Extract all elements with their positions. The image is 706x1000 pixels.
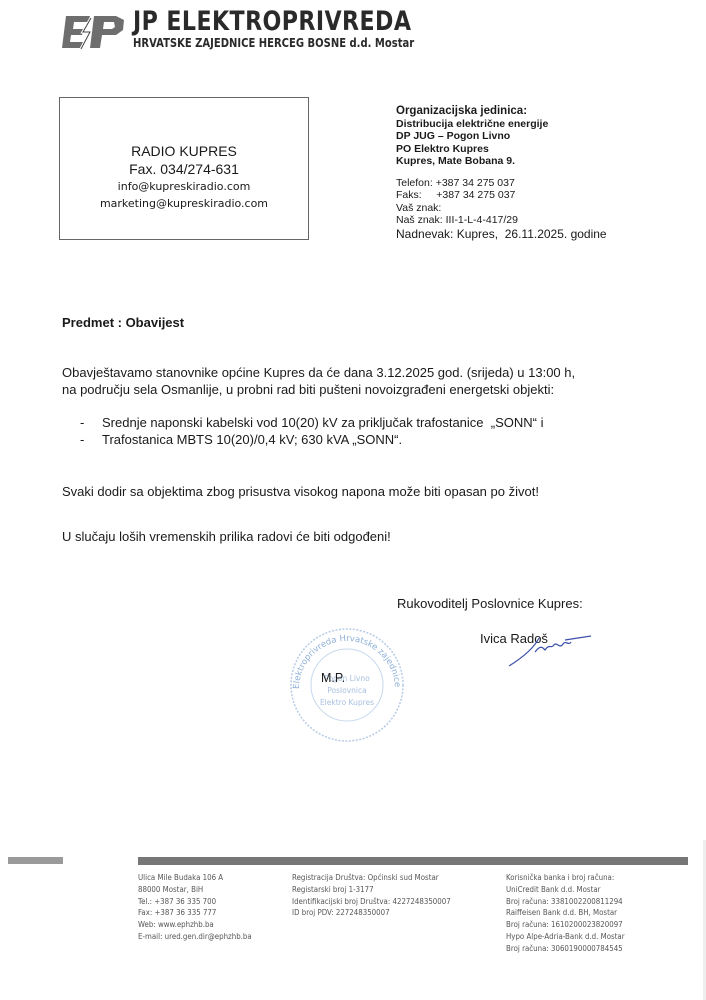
footer-registration: Registracija Društva: Općinski sud Mosta…: [292, 872, 451, 919]
footer-line: Identifikacijski broj Društva: 422724835…: [292, 896, 451, 908]
recipient-fax: Fax. 034/274-631: [60, 160, 308, 178]
org-label: Organizacijska jedinica:: [396, 105, 607, 118]
facility-list: - Srednje naponski kabelski vod 10(20) k…: [80, 414, 543, 448]
sender-info: Organizacijska jedinica: Distribucija el…: [396, 105, 607, 241]
footer-line: Tel.: +387 36 335 700: [138, 896, 252, 908]
list-item-text: Trafostanica MBTS 10(20)/0,4 kV; 630 kVA…: [102, 431, 402, 448]
our-reference: Naš znak: III-1-L-4-417/29: [396, 214, 607, 227]
stamp-line: Poslovnica: [327, 686, 366, 695]
your-reference: Vaš znak:: [396, 202, 607, 215]
official-stamp-icon: Elektroprivreda Hrvatske zajednice Herce…: [283, 625, 411, 743]
footer-line: Korisnička banka i broj računa:: [506, 872, 625, 884]
weather-note: U slučaju loših vremenskih prilika radov…: [62, 528, 391, 545]
footer-line: Raiffeisen Bank d.d. BH, Mostar: [506, 907, 625, 919]
footer-line: Ulica Mile Budaka 106 A: [138, 872, 252, 884]
footer-line: 88000 Mostar, BiH: [138, 884, 252, 896]
org-line: Kupres, Mate Bobana 9.: [396, 155, 607, 168]
recipient-email[interactable]: info@kupreskiradio.com: [60, 178, 308, 195]
footer-bar-left: [8, 857, 63, 864]
intro-line-1: Obavještavamo stanovnike općine Kupres d…: [62, 364, 575, 381]
footer-website[interactable]: Web: www.ephzhb.ba: [138, 919, 252, 931]
document-date: Nadnevak: Kupres, 26.11.2025. godine: [396, 227, 607, 241]
org-line: DP JUG – Pogon Livno: [396, 130, 607, 143]
bullet-dash: -: [80, 431, 102, 448]
footer-line: Fax: +387 36 335 777: [138, 907, 252, 919]
company-subtitle: HRVATSKE ZAJEDNICE HERCEG BOSNE d.d. Mos…: [133, 35, 414, 50]
footer-address: Ulica Mile Budaka 106 A 88000 Mostar, Bi…: [138, 872, 252, 943]
footer-bar: [138, 857, 688, 865]
org-line: PO Elektro Kupres: [396, 143, 607, 156]
sender-phone: Telefon: +387 34 275 037: [396, 177, 607, 190]
recipient-email[interactable]: marketing@kupreskiradio.com: [60, 195, 308, 212]
footer-line: Registarski broj 1-3177: [292, 884, 451, 896]
footer-email[interactable]: E-mail: ured.gen.dir@ephzhb.ba: [138, 931, 252, 943]
footer-line: ID broj PDV: 227248350007: [292, 907, 451, 919]
footer-line: Broj računa: 1610200023820097: [506, 919, 625, 931]
handwritten-signature-icon: [505, 630, 595, 670]
footer-line: Broj računa: 3060190000784545: [506, 943, 625, 955]
recipient-name: RADIO KUPRES: [60, 142, 308, 160]
footer-line: Hypo Alpe-Adria-Bank d.d. Mostar: [506, 931, 625, 943]
recipient-address-box: RADIO KUPRES Fax. 034/274-631 info@kupre…: [59, 97, 309, 240]
stamp-placeholder-label: M.P.: [321, 671, 345, 685]
subject-line: Predmet : Obavijest: [62, 315, 184, 330]
company-logo-icon: [60, 14, 126, 50]
warning-text: Svaki dodir sa objektima zbog prisustva …: [62, 483, 539, 500]
footer-line: UniCredit Bank d.d. Mostar: [506, 884, 625, 896]
footer-line: Registracija Društva: Općinski sud Mosta…: [292, 872, 451, 884]
sender-fax: Faks: +387 34 275 037: [396, 189, 607, 202]
list-item-text: Srednje naponski kabelski vod 10(20) kV …: [102, 414, 543, 431]
signer-title: Rukovoditelj Poslovnice Kupres:: [397, 596, 583, 611]
bullet-dash: -: [80, 414, 102, 431]
intro-line-2: na području sela Osmanlije, u probni rad…: [62, 381, 554, 398]
stamp-line: Elektro Kupres: [320, 698, 374, 707]
list-item: - Srednje naponski kabelski vod 10(20) k…: [80, 414, 543, 431]
list-item: - Trafostanica MBTS 10(20)/0,4 kV; 630 k…: [80, 431, 543, 448]
org-line: Distribucija električne energije: [396, 118, 607, 131]
footer-line: Broj računa: 3381002200811294: [506, 896, 625, 908]
footer-banks: Korisnička banka i broj računa: UniCredi…: [506, 872, 625, 955]
company-name: JP ELEKTROPRIVREDA: [133, 8, 411, 36]
